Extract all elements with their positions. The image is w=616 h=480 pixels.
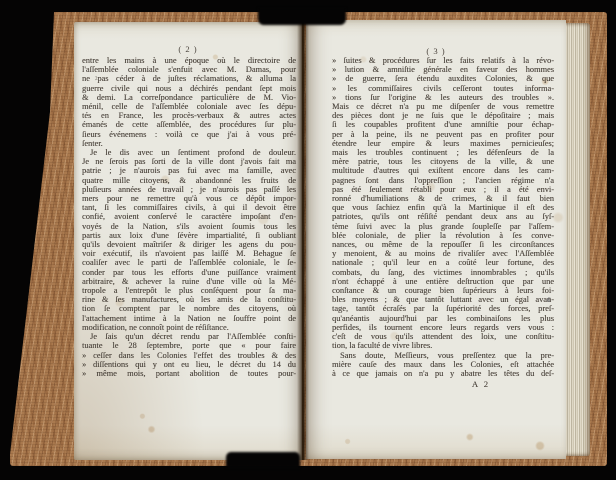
text-line: quatre mille citoyens, & abandonné les f… <box>82 176 296 185</box>
text-line: l'aſſemblée coloniale s'enfuit avec M. D… <box>82 65 296 74</box>
text-line: » ceſſer dans les Colonies l'effet des t… <box>82 351 296 360</box>
text-line: pagnes ſont dans l'oppreſſion ; l'ancien… <box>332 176 554 185</box>
text-line: des pièces dont je ne ſuis que le dépoſi… <box>332 111 554 120</box>
text-line: » même mois, portant abolition de toutes… <box>82 369 296 378</box>
text-line: conſtance & un courage bien ſupérieurs à… <box>332 286 554 295</box>
text-line: Je ne ſerois pas ſorti de la ville dont … <box>82 157 296 166</box>
ink-mark-left: 2 <box>95 76 99 82</box>
page-number-left: ( 2 ) <box>74 44 302 54</box>
signature-mark: A 2 <box>332 380 554 389</box>
text-line: voir exécutif, ils n'avoient pas laiſſé … <box>82 249 296 258</box>
page-right: ( 3 ) » ſuites & procédures ſur les fait… <box>306 20 566 459</box>
page-left: ( 2 ) entre les mains à une époque où le… <box>74 22 302 460</box>
text-line: mais les troubles continuent ; les défen… <box>332 148 554 157</box>
text-line: » les commiſſaires civils ceſſeront tout… <box>332 84 554 93</box>
page-edges-stack <box>566 23 590 456</box>
text-line: per à la peine, ils ne peuvent pas en pr… <box>332 130 554 139</box>
text-line: blée coloniale, de plier la révolution à… <box>332 231 554 240</box>
text-line: confié, avoient conſervé le caractère im… <box>82 212 296 221</box>
text-line: pluſieurs années de travail ; je n'auroi… <box>82 185 296 194</box>
text-line: ronné d'humiliations & de crimes, & il f… <box>332 194 554 203</box>
text-line: l'attachement intime à la Nation ne ſouf… <box>82 314 296 323</box>
text-line: tuante le 28 ſeptembre, porte que « pour… <box>82 341 296 350</box>
page-left-text: entre les mains à une époque où le direc… <box>82 56 296 378</box>
text-line: qu'ils devoient maîtriſer & diriger les … <box>82 240 296 249</box>
text-line: émanés de cette aſſemblée, des procédure… <box>82 120 296 129</box>
page-number-right: ( 3 ) <box>306 46 566 56</box>
text-line: coaliſer avec le parti de l'aſſemblée co… <box>82 258 296 267</box>
text-line: Je le dis avec un ſentiment profond de d… <box>82 148 296 157</box>
text-line: » diſſentions qui y ont eu lieu, le décr… <box>82 360 296 369</box>
text-line: ſenter. <box>82 139 296 148</box>
text-line: nationale ; qu'il leur en a coûté leur f… <box>332 258 554 267</box>
text-line: partis aux loix d'une ſévère impartialit… <box>82 231 296 240</box>
text-line: que vous ſachiez enfin qu'à la Martiniqu… <box>332 203 554 212</box>
text-line: mière cauſe des maux dans les Colonies, … <box>332 360 554 369</box>
text-line: n'ont échappé à une entière deſtruction … <box>332 277 554 286</box>
text-line: y menoient, & au moins de rivaliſer avec… <box>332 249 554 258</box>
text-line: conder par tous les efforts d'une puiſſa… <box>82 268 296 277</box>
text-line: qu'anéantis aujourd'hui par les combinai… <box>332 314 554 323</box>
text-line: modification, ne connoît point de réſiſt… <box>82 323 296 332</box>
text-line: » tions ſur l'origine & les auteurs des … <box>332 93 554 102</box>
page-right-paragraphs: » ſuites & procédures ſur les faits rela… <box>332 56 554 378</box>
text-line: patriotes, qu'ils ont réſiſté pendant de… <box>332 212 554 221</box>
text-line: combats, du ſang, des victimes innombrab… <box>332 268 554 277</box>
text-line: tage, tantôt écraſés par la ſupériorité … <box>332 304 554 313</box>
text-line: nances, ou même de la repouſſer ſi les c… <box>332 240 554 249</box>
text-line: » ſuites & procédures ſur les faits rela… <box>332 56 554 65</box>
text-line: à ce que jamais on n'a pu y abatre les t… <box>332 369 554 378</box>
text-line: patrie ; je n'aurois pas fui avec ma fam… <box>82 166 296 175</box>
text-line: guerre civile qui nous a déchirés pendan… <box>82 84 296 93</box>
text-line: entre les mains à une époque où le direc… <box>82 56 296 65</box>
text-line: Je ſais qu'un décret rendu par l'Aſſembl… <box>82 332 296 341</box>
text-line: & demi. La correſpondance particulière d… <box>82 93 296 102</box>
text-line: rine & ſes manufactures, où les amis de … <box>82 295 296 304</box>
text-line: ménil, celle de l'aſſemblée coloniale av… <box>82 102 296 111</box>
text-line: perfides, ils tournent encore leurs rega… <box>332 323 554 332</box>
text-line: » lution & amniſtie générale en faveur d… <box>332 65 554 74</box>
text-line: c'eſt de vous qu'ils attendent des loix,… <box>332 332 554 341</box>
text-line: Mais ce décret n'a pu me diſpenſer de vo… <box>332 102 554 111</box>
text-line: arbitraire, & achever la ruine d'une vil… <box>82 277 296 286</box>
text-line: tant, ſi les commiſſaires civils, à qui … <box>82 203 296 212</box>
page-right-text: » ſuites & procédures ſur les faits rela… <box>332 56 554 389</box>
text-line: bles moyens ; & que tantôt luttant avec … <box>332 295 554 304</box>
text-line: » de guerre, ſera étendu auxdites Coloni… <box>332 74 554 83</box>
text-line: tion, la faculté de vivre libres. <box>332 341 554 350</box>
ink-mark-right: 6 <box>546 296 551 304</box>
text-line: ſieurs événemens : voilà ce que j'ai à v… <box>82 130 296 139</box>
text-line: ſi les coupables profitent d'une amniſti… <box>332 120 554 129</box>
text-line: tion ſe comptent par le nombre des citoy… <box>82 304 296 313</box>
spine-gap-bottom <box>226 452 300 468</box>
text-line: Sans doute, Meſſieurs, vous preſſentez q… <box>332 351 554 360</box>
text-line: tropole a l'entrepôt le plus conſéquent … <box>82 286 296 295</box>
text-line: tème ſuivi avec la plus grande ſoupleſſe… <box>332 222 554 231</box>
text-line: mers pour ne remettre qu'à vous ce dépôt… <box>82 194 296 203</box>
text-line: ne pas céder à de juſtes réclamations, &… <box>82 74 296 83</box>
text-line: multitude d'autres qui exiſtent encore d… <box>332 166 554 175</box>
text-line: voyés de la Nation, s'ils avoient ſoumis… <box>82 222 296 231</box>
spine-gap-top <box>258 8 346 25</box>
book-gutter <box>297 20 309 460</box>
text-line: pas été ſeulement rétabli pour eux ; il … <box>332 185 554 194</box>
text-line: étendre leur empire & leurs maximes pern… <box>332 139 554 148</box>
book-photo: ( 2 ) entre les mains à une époque où le… <box>0 0 616 480</box>
text-line: tés en France, les procès-verbaux & autr… <box>82 111 296 120</box>
text-line: mère patrie, tous les citoyens de la vil… <box>332 157 554 166</box>
